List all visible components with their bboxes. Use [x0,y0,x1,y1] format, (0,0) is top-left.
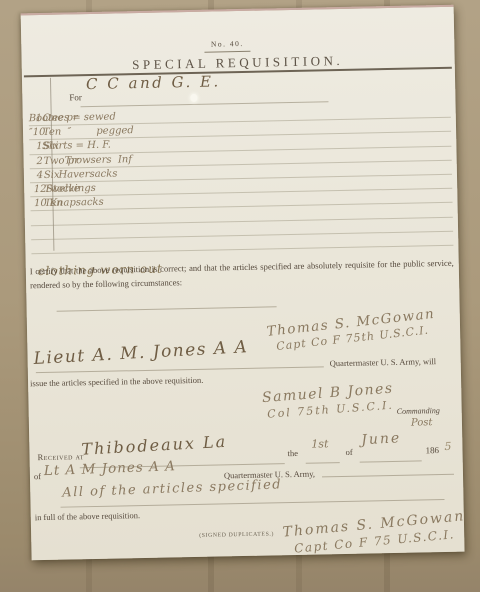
received-at-label: Received at [37,451,83,462]
month-underline [360,460,422,462]
day-underline [306,462,340,464]
form-number-underline [204,51,250,53]
form-number: No. 40. [177,38,277,49]
item-article: Stockings [30,182,96,196]
received-month: June [361,430,402,448]
issue-articles-text: issue the articles specified in the abov… [30,375,203,388]
item-article: ″ pegged [29,124,134,139]
year-digit: 5 [444,440,451,453]
received-day: 1st [311,437,328,450]
item-article: Shirts = H. F. [29,139,111,154]
year-printed: 186 [425,445,439,455]
item-article: Trowsers Inf [29,153,132,168]
received-place: Thibodeaux La [81,432,228,459]
signed-duplicates-note: (SIGNED DUPLICATES.) [199,531,274,539]
requisition-form-paper: No. 40. SPECIAL REQUISITION. For C C and… [21,5,465,561]
item-article: Haversacks [30,167,118,182]
of-label: of [345,447,352,457]
from-of-label: of [34,471,41,481]
the-label: the [287,448,298,458]
in-full-text: in full of the above requisition. [35,510,140,522]
commanding-label: Commanding [397,406,440,416]
certify-underline [57,306,277,311]
signature-jones: Samuel B Jones Col 75th U.S.C.I. [262,381,396,422]
items-table: 1 One pr Bootees = sewed 10 Ten ″ ″ pegg… [29,104,454,254]
signature-mcgowan-top: Thomas S. McGowan Capt Co F 75th U.S.C.I… [266,306,438,355]
approving-officer-underline [36,366,324,373]
quartermaster-will-text: Quartermaster U. S. Army, will [330,356,437,368]
articles-received-value: All of the articles specified [62,477,282,500]
post-handwritten-label: Post [411,417,433,428]
for-value: C C and G. E. [86,72,221,93]
item-article: Knapsacks [30,196,103,210]
articles-underline [61,499,445,508]
paper-flaw-speck [190,94,197,102]
signature-mcgowan-bottom: Thomas S. McGowan Capt Co F 75 U.S.C.I. [282,508,467,557]
approving-officer-name: Lieut A. M. Jones A A [33,337,249,369]
for-label: For [69,92,82,102]
items-rows: 1 One pr Bootees = sewed 10 Ten ″ ″ pegg… [29,104,453,212]
item-article: Bootees = sewed [29,111,116,126]
certify-paragraph: I certify that the above requisition is … [30,257,454,280]
quartermaster-underline [322,474,454,478]
